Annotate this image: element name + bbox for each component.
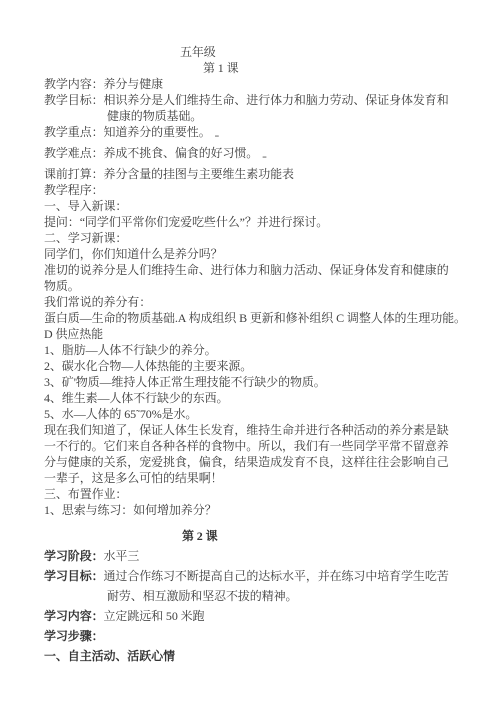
lesson1-title: 第 1 课 bbox=[44, 60, 460, 76]
teaching-content-line: 教学内容：养分与健康 bbox=[44, 76, 460, 92]
nutrient-item-1: 1、脂肪—人体不行缺少的养分。 bbox=[44, 342, 460, 358]
nutrient-item-2: 2、碳水化合物—人体热能的主要来源。 bbox=[44, 358, 460, 374]
study-stage-value: 水平三 bbox=[104, 549, 140, 563]
question-line: 提问：“同学们平常你们宠爱吃些什么”？并进行探讨。 bbox=[44, 214, 460, 230]
document-page: 五年级 第 1 课 教学内容：养分与健康 教学目标：相识养分是人们维持生命、进行… bbox=[0, 0, 500, 707]
section3-heading: 三、布置作业： bbox=[44, 486, 460, 502]
summary-line2: 一不行的。它们来自各种各样的食物中。所以，我们有一些同学平常不留意养 bbox=[44, 438, 460, 454]
nutrient-item-5: 5、水—人体的 65˜70%是水。 bbox=[44, 406, 460, 422]
summary-line3: 分与健康的关系，宠爱挑食，偏食，结果造成发育不良，这样往往会影响自己 bbox=[44, 454, 460, 470]
protein-line1: 蛋白质—生命的物质基础.A 构成组织 B 更新和修补组织 C 调整人体的生理功能… bbox=[44, 310, 460, 326]
teaching-difficulty-line: 教学难点：养成不挑食、偏食的好习惯。= bbox=[44, 145, 460, 166]
teaching-keypoint-text: 教学重点：知道养分的重要性。 bbox=[44, 125, 211, 139]
teaching-goal-line2: 健康的物质基础。 bbox=[44, 108, 460, 124]
study-goal-line1: 学习目标：通过合作练习不断提高自己的达标水平，并在练习中培育学生吃苦 bbox=[44, 566, 460, 586]
stray-mark-icon: = bbox=[215, 132, 220, 141]
study-content-label: 学习内容： bbox=[44, 609, 104, 623]
homework-line: 1、思索与练习：如何增加养分？ bbox=[44, 502, 460, 518]
section1-heading: 一、导入新课： bbox=[44, 198, 460, 214]
protein-line2: D 供应热能 bbox=[44, 326, 460, 342]
nutrients-intro-line: 我们常说的养分有： bbox=[44, 294, 460, 310]
teaching-keypoint-line: 教学重点：知道养分的重要性。= bbox=[44, 124, 460, 145]
study-goal-value-line1: 通过合作练习不断提高自己的达标水平，并在练习中培育学生吃苦 bbox=[104, 569, 449, 583]
study-goal-line2: 耐劳、相互激励和坚忍不拔的精神。 bbox=[44, 586, 460, 606]
teaching-difficulty-text: 教学难点：养成不挑食、偏食的好习惯。 bbox=[44, 146, 258, 160]
stray-mark-icon: = bbox=[262, 153, 267, 162]
study-stage-line: 学习阶段：水平三 bbox=[44, 546, 460, 566]
definition-line1: 准切的说养分是人们维持生命、进行体力和脑力活动、保证身体发育和健康的 bbox=[44, 262, 460, 278]
study-steps-heading: 学习步骤： bbox=[44, 626, 460, 646]
summary-line4: 一辈子，这是多么可怕的结果啊！ bbox=[44, 470, 460, 486]
grade-heading: 五年级 bbox=[44, 44, 460, 60]
nutrient-item-4: 4、维生素—人体不行缺少的东西。 bbox=[44, 390, 460, 406]
procedure-heading: 教学程序： bbox=[44, 182, 460, 198]
nutrient-item-3: 3、矿'物质—维持人体正常生理技能不行缺少的物质。 bbox=[44, 374, 460, 390]
lesson2-title: 第 2 课 bbox=[44, 526, 460, 546]
definition-line2: 物质。 bbox=[44, 278, 460, 294]
summary-line1: 现在我们知道了，保证人体生长发育，维持生命并进行各种活动的养分素是缺 bbox=[44, 422, 460, 438]
teaching-goal-line1: 教学目标：相识养分是人们维持生命、进行体力和脑力劳动、保证身体发育和 bbox=[44, 92, 460, 108]
study-content-value: 立定跳远和 50 米跑 bbox=[104, 609, 205, 623]
section2-heading: 二、学习新课： bbox=[44, 230, 460, 246]
study-step1-heading: 一、自主活动、活跃心情 bbox=[44, 646, 460, 666]
study-stage-label: 学习阶段： bbox=[44, 549, 104, 563]
study-goal-label: 学习目标： bbox=[44, 569, 104, 583]
ask-line: 同学们，你们知道什么是养分吗？ bbox=[44, 246, 460, 262]
preparation-line: 课前打算：养分含量的挂图与主要维生素功能表 bbox=[44, 166, 460, 182]
study-content-line: 学习内容：立定跳远和 50 米跑 bbox=[44, 606, 460, 626]
